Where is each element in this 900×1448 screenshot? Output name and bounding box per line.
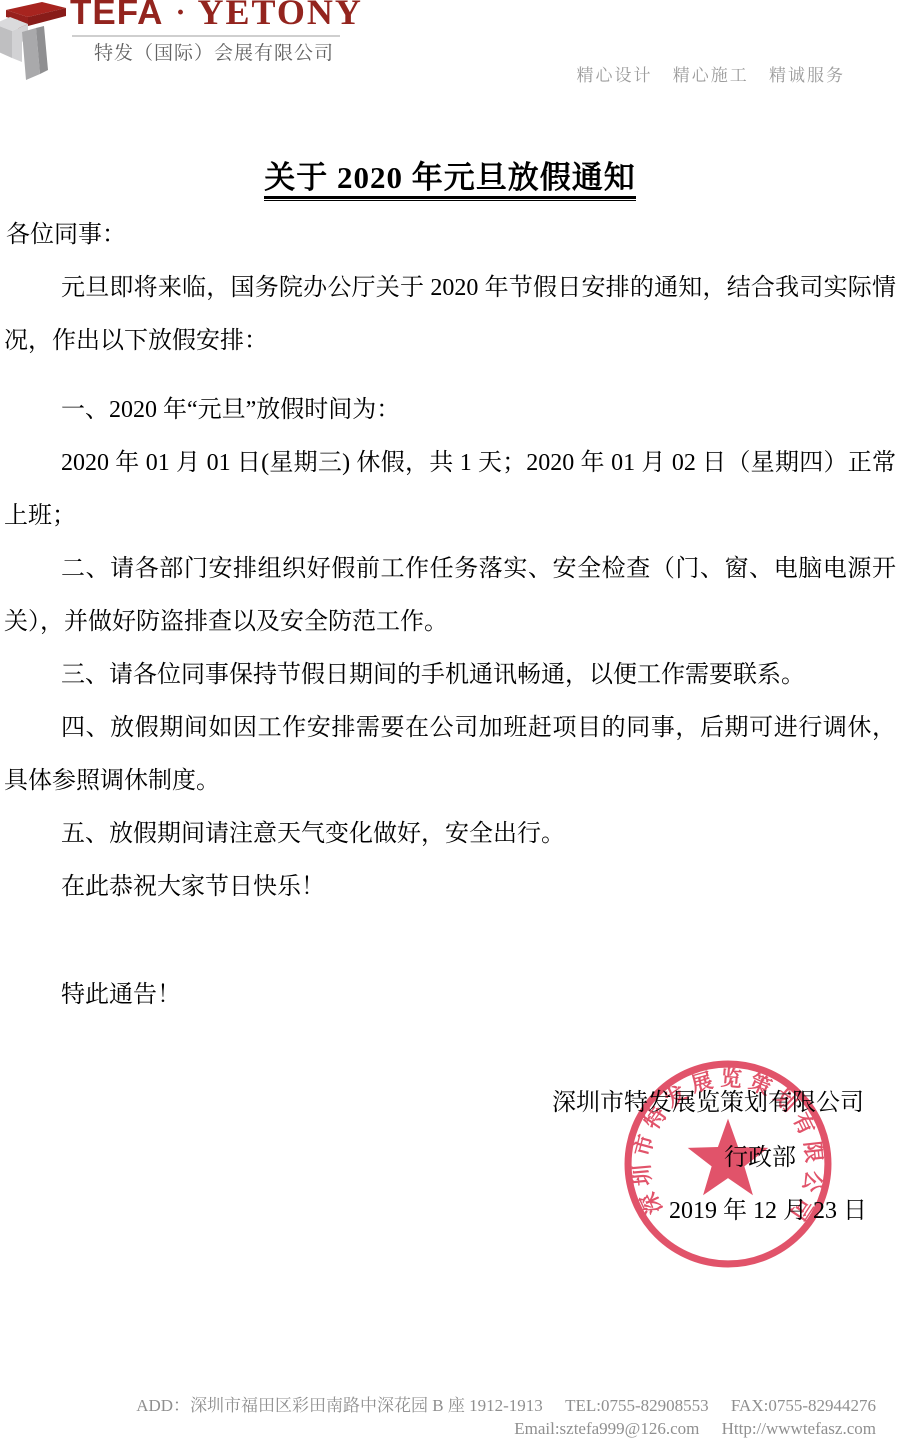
brand-separator-dot: · bbox=[175, 0, 185, 29]
signature-company: 深圳市特发展览策划有限公司 bbox=[0, 1077, 900, 1130]
footer-line-2: Email:sztefa999@126.com Http://wwwtefasz… bbox=[0, 1417, 876, 1440]
footer-line-1: ADD：深圳市福田区彩田南路中深花园 B 座 1912-1913 TEL:075… bbox=[0, 1394, 876, 1417]
notice-body: 各位同事： 元旦即将来临，国务院办公厅关于 2020 年节假日安排的通知，结合我… bbox=[0, 209, 900, 1022]
header: TEFA·YETONY 特发（国际）会展有限公司 精心设计 精心施工 精诚服务 bbox=[0, 0, 900, 90]
notice-title: 关于 2020 年元旦放假通知 bbox=[264, 160, 636, 199]
paragraph: 一、2020 年“元旦”放假时间为： bbox=[4, 384, 896, 437]
paragraph: 五、放假期间请注意天气变化做好，安全出行。 bbox=[4, 808, 896, 861]
brand-word-yetony: YETONY bbox=[197, 0, 362, 32]
signature-block: 深圳市特发展览策划有限公司 行政部 2019 年 12 月 23 日 bbox=[0, 1077, 900, 1238]
salutation: 各位同事： bbox=[4, 209, 896, 262]
footer-add-label: ADD： bbox=[136, 1396, 190, 1415]
footer-tel: TEL:0755-82908553 bbox=[565, 1396, 709, 1415]
footer-email: Email:sztefa999@126.com bbox=[514, 1419, 699, 1438]
brand-subtitle: 特发（国际）会展有限公司 bbox=[94, 38, 334, 65]
paragraph: 二、请各部门安排组织好假前工作任务落实、安全检查（门、窗、电脑电源开关），并做好… bbox=[4, 543, 896, 649]
signature-date: 2019 年 12 月 23 日 bbox=[0, 1185, 900, 1238]
brand-divider bbox=[72, 35, 340, 37]
title-row: 关于 2020 年元旦放假通知 bbox=[0, 152, 900, 201]
paragraph: 2020 年 01 月 01 日(星期三) 休假，共 1 天；2020 年 01… bbox=[4, 437, 896, 543]
tefa-logo-icon bbox=[0, 0, 66, 86]
paragraph: 四、放假期间如因工作安排需要在公司加班赶项目的同事，后期可进行调休，具体参照调休… bbox=[4, 702, 896, 808]
tagline-part: 精诚服务 bbox=[769, 66, 845, 85]
footer-fax: FAX:0755-82944276 bbox=[731, 1396, 876, 1415]
header-tagline: 精心设计 精心施工 精诚服务 bbox=[577, 61, 846, 86]
footer-address: 深圳市福田区彩田南路中深花园 B 座 1912-1913 bbox=[190, 1396, 543, 1415]
paragraph: 特此通告！ bbox=[4, 969, 896, 1022]
notice-page: TEFA·YETONY 特发（国际）会展有限公司 精心设计 精心施工 精诚服务 … bbox=[0, 0, 900, 1448]
paragraph: 在此恭祝大家节日快乐！ bbox=[4, 861, 896, 914]
signature-department: 行政部 bbox=[0, 1132, 900, 1185]
brand-word-tefa: TEFA bbox=[70, 0, 163, 32]
tagline-part: 精心施工 bbox=[673, 66, 749, 85]
footer: ADD：深圳市福田区彩田南路中深花园 B 座 1912-1913 TEL:075… bbox=[0, 1394, 900, 1440]
brand-title: TEFA·YETONY bbox=[70, 0, 363, 33]
tagline-part: 精心设计 bbox=[577, 66, 653, 85]
notice-title-underline: 关于 2020 年元旦放假通知 bbox=[264, 152, 636, 201]
footer-website: Http://wwwtefasz.com bbox=[722, 1419, 876, 1438]
paragraph: 元旦即将来临，国务院办公厅关于 2020 年节假日安排的通知，结合我司实际情况，… bbox=[4, 262, 896, 368]
paragraph: 三、请各位同事保持节假日期间的手机通讯畅通，以便工作需要联系。 bbox=[4, 649, 896, 702]
